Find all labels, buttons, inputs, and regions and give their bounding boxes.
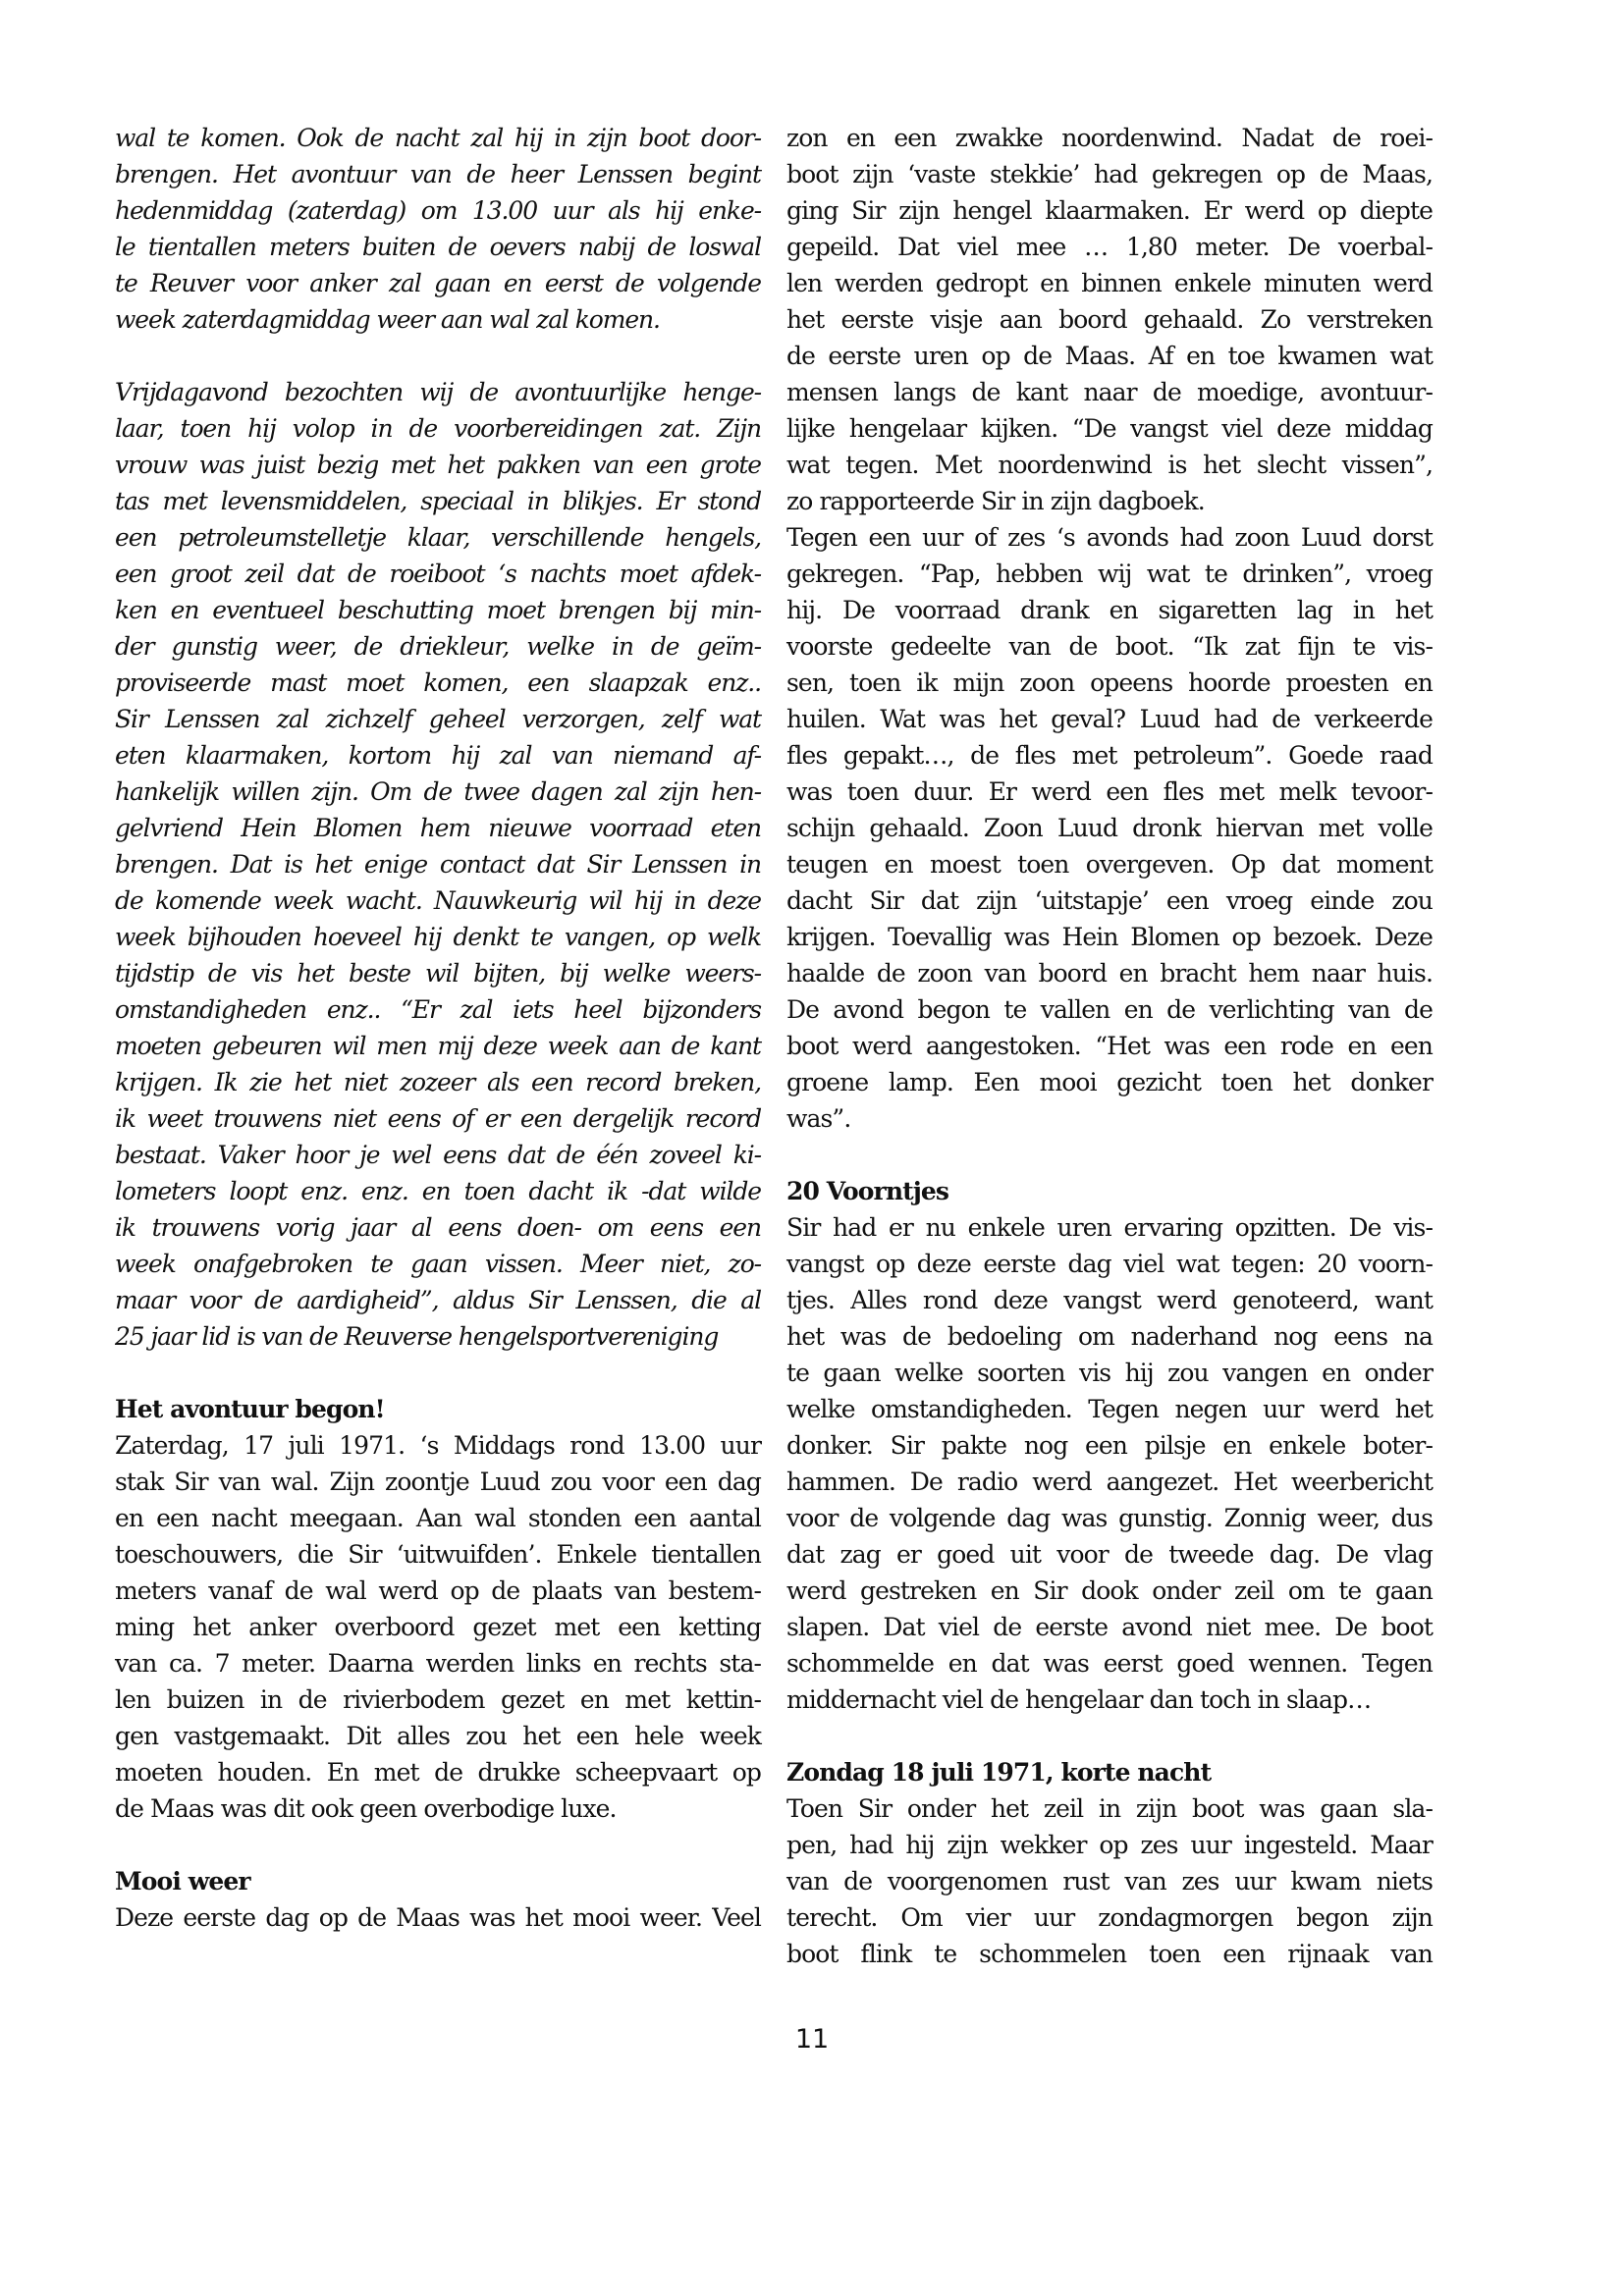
text-line: ken en eventueel beschutting moet brenge… [115, 592, 761, 628]
text-line: voor de volgende dag was gunstig. Zonnig… [786, 1500, 1433, 1536]
text-line: donker. Sir pakte nog een pilsje en enke… [786, 1427, 1433, 1464]
text-line: schijn gehaald. Zoon Luud dronk hiervan … [786, 810, 1433, 846]
text-line: huilen. Wat was het geval? Luud had de v… [786, 701, 1433, 737]
text-line: laar, toen hij volop in de voorbereiding… [115, 410, 761, 447]
text-line: eten klaarmaken, kortom hij zal van niem… [115, 737, 761, 774]
text-line: le tientallen meters buiten de oevers na… [115, 229, 761, 265]
text-line: fles gepakt…, de fles met petroleum”. Go… [786, 737, 1433, 774]
text-line: brengen. Het avontuur van de heer Lensse… [115, 156, 761, 192]
text-line: ik trouwens vorig jaar al eens doen- om … [115, 1209, 761, 1246]
text-line: middernacht viel de hengelaar dan toch i… [786, 1682, 1433, 1718]
paragraph-gap [115, 1827, 761, 1863]
text-line: gepeild. Dat viel mee … 1,80 meter. De v… [786, 229, 1433, 265]
text-line: mensen langs de kant naar de moedige, av… [786, 374, 1433, 410]
text-line: gekregen. “Pap, hebben wij wat te drinke… [786, 556, 1433, 592]
text-line: te gaan welke soorten vis hij zou vangen… [786, 1355, 1433, 1391]
text-line: week zaterdagmiddag weer aan wal zal kom… [115, 301, 761, 338]
text-line: de Maas was dit ook geen overbodige luxe… [115, 1790, 761, 1827]
text-line: Vrijdagavond bezochten wij de avontuurli… [115, 374, 761, 410]
text-line: een petroleumstelletje klaar, verschille… [115, 519, 761, 556]
text-line: De avond begon te vallen en de verlichti… [786, 991, 1433, 1028]
text-line: was”. [786, 1100, 1433, 1137]
text-line: hedenmiddag (zaterdag) om 13.00 uur als … [115, 192, 761, 229]
text-line: boot werd aangestoken. “Het was een rode… [786, 1028, 1433, 1064]
text-line: van ca. 7 meter. Daarna werden links en … [115, 1645, 761, 1682]
text-line: Deze eerste dag op de Maas was het mooi … [115, 1899, 761, 1936]
text-line: voorste gedeelte van de boot. “Ik zat fi… [786, 628, 1433, 665]
text-line: hammen. De radio werd aangezet. Het weer… [786, 1464, 1433, 1500]
intro-paragraph-1: wal te komen. Ook de nacht zal hij in zi… [115, 120, 761, 338]
text-line: het was de bedoeling om naderhand nog ee… [786, 1318, 1433, 1355]
text-line: gelvriend Hein Blomen hem nieuwe voorraa… [115, 810, 761, 846]
text-line: len buizen in de rivierbodem gezet en me… [115, 1682, 761, 1718]
text-line: terecht. Om vier uur zondagmorgen begon … [786, 1899, 1433, 1936]
text-line: ming het anker overboord gezet met een k… [115, 1609, 761, 1645]
text-line: Sir had er nu enkele uren ervaring opzit… [786, 1209, 1433, 1246]
text-line: zo rapporteerde Sir in zijn dagboek. [786, 483, 1433, 519]
text-line: pen, had hij zijn wekker op zes uur inge… [786, 1827, 1433, 1863]
page-number: 11 [0, 2024, 1624, 2055]
text-line: lijke hengelaar kijken. “De vangst viel … [786, 410, 1433, 447]
text-line: krijgen. Ik zie het niet zozeer als een … [115, 1064, 761, 1100]
text-line: schommelde en dat was eerst goed wennen.… [786, 1645, 1433, 1682]
text-line: hankelijk willen zijn. Om de twee dagen … [115, 774, 761, 810]
text-line: hij. De voorraad drank en sigaretten lag… [786, 592, 1433, 628]
text-line: moeten houden. En met de drukke scheepva… [115, 1754, 761, 1790]
section-mooi-weer: Mooi weer Deze eerste dag op de Maas was… [115, 1863, 761, 1936]
text-line: Zaterdag, 17 juli 1971. ‘s Middags rond … [115, 1427, 761, 1464]
text-line: welke omstandigheden. Tegen negen uur we… [786, 1391, 1433, 1427]
text-line: der gunstig weer, de driekleur, welke in… [115, 628, 761, 665]
text-line: tijdstip de vis het beste wil bijten, bi… [115, 955, 761, 991]
text-line: meters vanaf de wal werd op de plaats va… [115, 1573, 761, 1609]
section-zondag-18-juli: Zondag 18 juli 1971, korte nacht Toen Si… [786, 1754, 1433, 1972]
text-line: de komende week wacht. Nauwkeurig wil hi… [115, 882, 761, 919]
text-line: sen, toen ik mijn zoon opeens hoorde pro… [786, 665, 1433, 701]
text-line: toeschouwers, die Sir ‘uitwuifden’. Enke… [115, 1536, 761, 1573]
text-line: vrouw was juist bezig met het pakken van… [115, 447, 761, 483]
text-line: wat tegen. Met noordenwind is het slecht… [786, 447, 1433, 483]
text-line: teugen en moest toen overgeven. Op dat m… [786, 846, 1433, 882]
paragraph-gap [115, 1355, 761, 1391]
text-line: wal te komen. Ook de nacht zal hij in zi… [115, 120, 761, 156]
text-line: Toen Sir onder het zeil in zijn boot was… [786, 1790, 1433, 1827]
text-line: week bijhouden hoeveel hij denkt te vang… [115, 919, 761, 955]
text-line: dat zag er goed uit voor de tweede dag. … [786, 1536, 1433, 1573]
text-line: haalde de zoon van boord en bracht hem n… [786, 955, 1433, 991]
paragraph-gap [786, 1718, 1433, 1754]
section-heading: Het avontuur begon! [115, 1391, 761, 1427]
intro-paragraph-2: Vrijdagavond bezochten wij de avontuurli… [115, 374, 761, 1355]
text-line: was toen duur. Er werd een fles met melk… [786, 774, 1433, 810]
text-line: len werden gedropt en binnen enkele minu… [786, 265, 1433, 301]
text-line: tjes. Alles rond deze vangst werd genote… [786, 1282, 1433, 1318]
text-line: werd gestreken en Sir dook onder zeil om… [786, 1573, 1433, 1609]
text-line: bestaat. Vaker hoor je wel eens dat de é… [115, 1137, 761, 1173]
text-line: 25 jaar lid is van de Reuverse hengelspo… [115, 1318, 761, 1355]
text-line: Tegen een uur of zes ‘s avonds had zoon … [786, 519, 1433, 556]
text-line: maar voor de aardigheid”, aldus Sir Lens… [115, 1282, 761, 1318]
continuation-paragraph: zon en een zwakke noordenwind. Nadat de … [786, 120, 1433, 1137]
text-line: de eerste uren op de Maas. Af en toe kwa… [786, 338, 1433, 374]
text-line: gen vastgemaakt. Dit alles zou het een h… [115, 1718, 761, 1754]
paragraph-gap [786, 1137, 1433, 1173]
text-line: brengen. Dat is het enige contact dat Si… [115, 846, 761, 882]
left-column: wal te komen. Ook de nacht zal hij in zi… [115, 120, 761, 1936]
text-line: vangst op deze eerste dag viel wat tegen… [786, 1246, 1433, 1282]
paragraph-gap [115, 338, 761, 374]
text-line: lometers loopt enz. enz. en toen dacht i… [115, 1173, 761, 1209]
text-line: groene lamp. Een mooi gezicht toen het d… [786, 1064, 1433, 1100]
text-line: omstandigheden enz.. “Er zal iets heel b… [115, 991, 761, 1028]
text-line: van de voorgenomen rust van zes uur kwam… [786, 1863, 1433, 1899]
section-het-avontuur-begon: Het avontuur begon! Zaterdag, 17 juli 19… [115, 1391, 761, 1827]
text-line: ik weet trouwens niet eens of er een der… [115, 1100, 761, 1137]
section-heading: 20 Voorntjes [786, 1173, 1433, 1209]
text-line: dacht Sir dat zijn ‘uitstapje’ een vroeg… [786, 882, 1433, 919]
text-line: ging Sir zijn hengel klaarmaken. Er werd… [786, 192, 1433, 229]
text-line: stak Sir van wal. Zijn zoontje Luud zou … [115, 1464, 761, 1500]
section-heading: Zondag 18 juli 1971, korte nacht [786, 1754, 1433, 1790]
text-line: slapen. Dat viel de eerste avond niet me… [786, 1609, 1433, 1645]
text-line: week onafgebroken te gaan vissen. Meer n… [115, 1246, 761, 1282]
text-line: een groot zeil dat de roeiboot ‘s nachts… [115, 556, 761, 592]
text-line: krijgen. Toevallig was Hein Blomen op be… [786, 919, 1433, 955]
right-column: zon en een zwakke noordenwind. Nadat de … [786, 120, 1433, 1972]
section-heading: Mooi weer [115, 1863, 761, 1899]
text-line: boot flink te schommelen toen een rijnaa… [786, 1936, 1433, 1972]
text-line: te Reuver voor anker zal gaan en eerst d… [115, 265, 761, 301]
text-line: het eerste visje aan boord gehaald. Zo v… [786, 301, 1433, 338]
text-line: en een nacht meegaan. Aan wal stonden ee… [115, 1500, 761, 1536]
text-line: boot zijn ‘vaste stekkie’ had gekregen o… [786, 156, 1433, 192]
text-line: tas met levensmiddelen, speciaal in blik… [115, 483, 761, 519]
text-line: Sir Lenssen zal zichzelf geheel verzorge… [115, 701, 761, 737]
section-20-voorntjes: 20 Voorntjes Sir had er nu enkele uren e… [786, 1173, 1433, 1718]
text-line: zon en een zwakke noordenwind. Nadat de … [786, 120, 1433, 156]
document-page: wal te komen. Ook de nacht zal hij in zi… [0, 0, 1624, 2296]
text-line: proviseerde mast moet komen, een slaapza… [115, 665, 761, 701]
text-line: moeten gebeuren wil men mij deze week aa… [115, 1028, 761, 1064]
